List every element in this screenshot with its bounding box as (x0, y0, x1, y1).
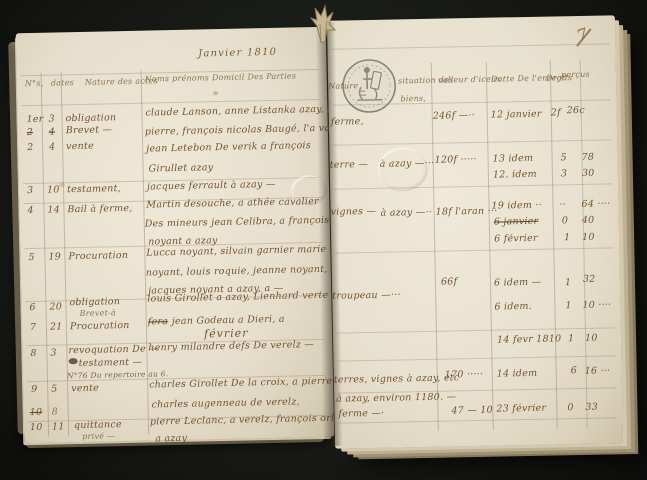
entry-date: 5 (51, 384, 57, 394)
entry-names: a azay (155, 434, 187, 444)
entry-no: 2 (27, 143, 33, 153)
entry-nature: obligation (69, 297, 120, 308)
col-header-numbers: N°s, (25, 80, 44, 88)
entry-names: claude Lanson, anne Listanka azay, a (145, 105, 333, 118)
col-header-percus: perçus (561, 71, 590, 80)
entry-no: 10 (30, 423, 43, 433)
entry-nature-2: privé — (82, 432, 115, 441)
entry-percu: 32 (583, 275, 596, 285)
entry-date-struck: 4 (49, 127, 55, 137)
entry-no-struck: 10 (30, 408, 43, 418)
entry-names: Des mineurs jean Celibra, a françois (145, 216, 330, 229)
entry-names: jean Godeau a Dieri, a (172, 315, 285, 327)
entry-no: 7 (30, 323, 36, 333)
month-heading: Janvier 1810 (198, 48, 277, 60)
col-header-dates: dates (51, 79, 74, 87)
entry-date-enreg: 14 idem (497, 369, 538, 379)
notarial-stamp-icon (340, 56, 399, 115)
entry-percu: 10 ···· (582, 300, 611, 310)
ink-blot (69, 358, 78, 364)
entry-date: 19 (48, 252, 61, 262)
entry-situation: ferme, (331, 117, 364, 127)
foxing-spot (213, 91, 218, 95)
entry-nature-2: Brevet-à (80, 309, 117, 318)
entry-droit: 0 (562, 216, 568, 226)
entry-percu: 64 ···· (581, 199, 610, 209)
entry-date-enreg: 6 février (494, 234, 538, 244)
entry-nature: quittance (74, 420, 122, 431)
foxing-spot (59, 182, 65, 187)
entry-valeur: 18f l'aran ··· (436, 207, 498, 218)
entry-valeur: 170 ····· (445, 370, 484, 380)
entry-names: louis Girollet a azay, Lienhard verte (147, 291, 328, 304)
entry-no-struck: 2 (27, 128, 33, 138)
entry-names-struck-word: fera (148, 317, 169, 327)
entry-date: 10 (47, 185, 60, 195)
entry-date: 20 (49, 302, 62, 312)
entry-nature: obligation (65, 113, 116, 124)
entry-date: 21 (50, 322, 63, 332)
entry-droit: 1 (565, 278, 571, 288)
entry-date: 11 (52, 422, 65, 432)
entry-names: pierre, françois nicolas Baugé, l'a vale… (145, 123, 360, 137)
entry-date: 14 (47, 205, 60, 215)
entry-names: charles augenneau de verelz, (151, 397, 299, 410)
entry-valeur: 246f —·· (433, 111, 475, 121)
torn-binding-icon (301, 4, 345, 44)
entry-names: jean Letebon De verik a françois (146, 141, 311, 154)
entry-nature-2: testament — (79, 358, 143, 369)
entry-nature: Brevet — (66, 125, 113, 135)
entry-no: 1er (26, 115, 43, 125)
entry-valeur: 66f (441, 277, 458, 287)
entry-situation: terres, vignes à azay, etc (334, 373, 460, 385)
entry-no: 9 (31, 385, 37, 395)
entry-nature: Procuration (70, 321, 130, 332)
entry-valeur: 47 — 10 (451, 406, 493, 416)
entry-date: 4 (49, 142, 55, 152)
folio-number: 7 (575, 27, 591, 47)
entry-percu: 10 (582, 233, 595, 243)
entry-droit: 0 (567, 403, 573, 413)
entry-situation-2: à azay —··· (380, 159, 435, 170)
entry-date-enreg: 19 idem ·· (491, 201, 542, 211)
entry-date-enreg: 6 idem — (494, 278, 542, 288)
entry-situation: terre — (330, 160, 369, 170)
photographed-register-book: Janvier 1810 N°s, dates Nature des actes… (0, 0, 647, 480)
entry-date-enreg: 14 fevr 1810 (497, 334, 562, 345)
entry-droit: 6 (571, 366, 577, 376)
entry-percu: 26c (567, 106, 585, 116)
entry-droit: ·· (559, 200, 566, 210)
entry-droit: 1 (568, 334, 574, 344)
entry-percu: 78 (582, 153, 595, 163)
entry-no: 8 (30, 349, 36, 359)
entry-names: charles Girollet De la croix, a pierre (149, 377, 332, 390)
entry-situation-2: à azay —·· (381, 208, 433, 218)
entry-no: 4 (27, 206, 33, 216)
entry-date: 8 (52, 407, 58, 417)
entry-nature: testament, (67, 184, 121, 195)
entry-names: jacques ferrault à azay — (147, 180, 276, 192)
entry-names: henry milandre defs De verelz — (148, 340, 314, 353)
entry-nature: revoquation De — (68, 344, 159, 355)
entry-date-enreg: 6 idem. (494, 302, 532, 312)
entry-droit: 1 (565, 301, 571, 311)
entry-situation-2: à azay, environ 1180. — (336, 392, 456, 404)
entry-percu: 10 (585, 334, 598, 344)
entry-date: 3 (48, 114, 54, 124)
entry-percu: 16 ··· (585, 366, 611, 376)
entry-no: 3 (27, 186, 33, 196)
entry-situation: vignes — (331, 207, 377, 217)
col-header-situation: biens, (400, 95, 426, 103)
entry-date-enreg: 23 février (496, 404, 546, 414)
entry-droit: 3 (561, 169, 567, 179)
entry-nature: vente (66, 142, 94, 152)
entry-percu: 40 (582, 216, 595, 226)
entry-droit: 1 (564, 233, 570, 243)
entry-date-enreg: 12. idem (493, 170, 537, 180)
entry-names: Martin desouche, a athée cavalier (146, 197, 319, 210)
entry-percu: 33 (585, 403, 598, 413)
entry-percu: 30 (582, 169, 595, 179)
entry-no: 5 (28, 253, 34, 263)
col-header-names: Noms prénoms Domicil Des Parties (145, 72, 297, 83)
entry-no: 6 (29, 303, 35, 313)
left-page: Janvier 1810 N°s, dates Nature des actes… (16, 27, 335, 443)
entry-situation: troupeau —··· (332, 290, 401, 301)
entry-date-enreg-struck: 6 janvier (494, 217, 539, 227)
entry-date-enreg: 12 janvier (491, 110, 542, 120)
entry-nature: Procuration (68, 251, 128, 262)
entry-nature: Bail à ferme, (67, 204, 132, 215)
entry-names: Girullet azay (149, 163, 214, 174)
entry-droit: 2f (551, 108, 561, 118)
entry-valeur: 120f ····· (435, 155, 477, 165)
repertoire-note: N°76 Du repertoire au 6. (67, 370, 169, 380)
entry-names: Lucca noyant, silvain garnier marie (146, 245, 326, 258)
month-divider: février (204, 327, 249, 339)
entry-droit: 5 (561, 153, 567, 163)
entry-situation: ferme —· (338, 409, 384, 419)
entry-date: 3 (50, 349, 56, 359)
entry-nature: vente (71, 384, 99, 394)
entry-names: noyant, louis roquie, jeanne noyant, — (146, 265, 341, 279)
entry-date-enreg: 13 idem (493, 154, 534, 164)
right-page: 7 Nature situation des biens, valleur d'… (327, 15, 623, 448)
